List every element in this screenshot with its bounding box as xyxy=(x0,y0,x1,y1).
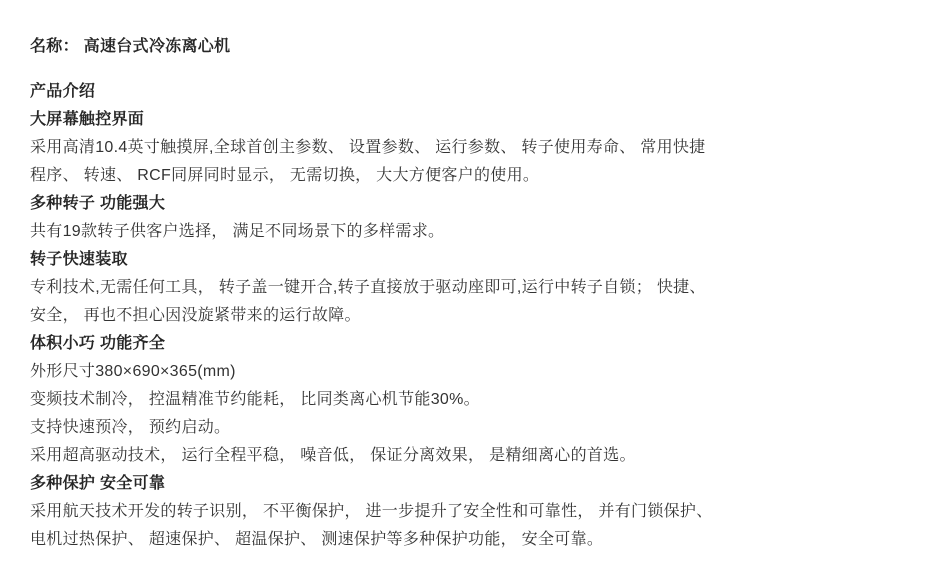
body-line: 支持快速预冷， 预约启动。 xyxy=(30,414,910,442)
body-line: 程序、 转速、 RCF同屏同时显示， 无需切换， 大大方便客户的使用。 xyxy=(30,162,910,190)
body-line: 变频技术制冷， 控温精准节约能耗， 比同类离心机节能30%。 xyxy=(30,386,910,414)
product-description-document: 名称： 高速台式冷冻离心机产品介绍大屏幕触控界面采用高清10.4英寸触摸屏,全球… xyxy=(0,0,940,554)
body-line: 专利技术,无需任何工具， 转子盖一键开合,转子直接放于驱动座即可,运行中转子自锁… xyxy=(30,274,910,302)
body-line: 采用超高驱动技术， 运行全程平稳， 噪音低， 保证分离效果， 是精细离心的首选。 xyxy=(30,442,910,470)
heading-line: 产品介绍 xyxy=(30,78,910,106)
heading-line: 多种保护 安全可靠 xyxy=(30,470,910,498)
blank-line xyxy=(30,61,910,78)
heading-line: 大屏幕触控界面 xyxy=(30,106,910,134)
document-lines: 名称： 高速台式冷冻离心机产品介绍大屏幕触控界面采用高清10.4英寸触摸屏,全球… xyxy=(30,33,910,554)
body-line: 采用航天技术开发的转子识别， 不平衡保护， 进一步提升了安全性和可靠性， 并有门… xyxy=(30,498,910,526)
body-line: 共有19款转子供客户选择， 满足不同场景下的多样需求。 xyxy=(30,218,910,246)
body-line: 安全， 再也不担心因没旋紧带来的运行故障。 xyxy=(30,302,910,330)
body-line: 电机过热保护、 超速保护、 超温保护、 测速保护等多种保护功能， 安全可靠。 xyxy=(30,526,910,554)
title-line: 名称： 高速台式冷冻离心机 xyxy=(30,33,910,61)
heading-line: 多种转子 功能强大 xyxy=(30,190,910,218)
body-line: 外形尺寸380×690×365(mm) xyxy=(30,358,910,386)
body-line: 采用高清10.4英寸触摸屏,全球首创主参数、 设置参数、 运行参数、 转子使用寿… xyxy=(30,134,910,162)
heading-line: 体积小巧 功能齐全 xyxy=(30,330,910,358)
heading-line: 转子快速装取 xyxy=(30,246,910,274)
